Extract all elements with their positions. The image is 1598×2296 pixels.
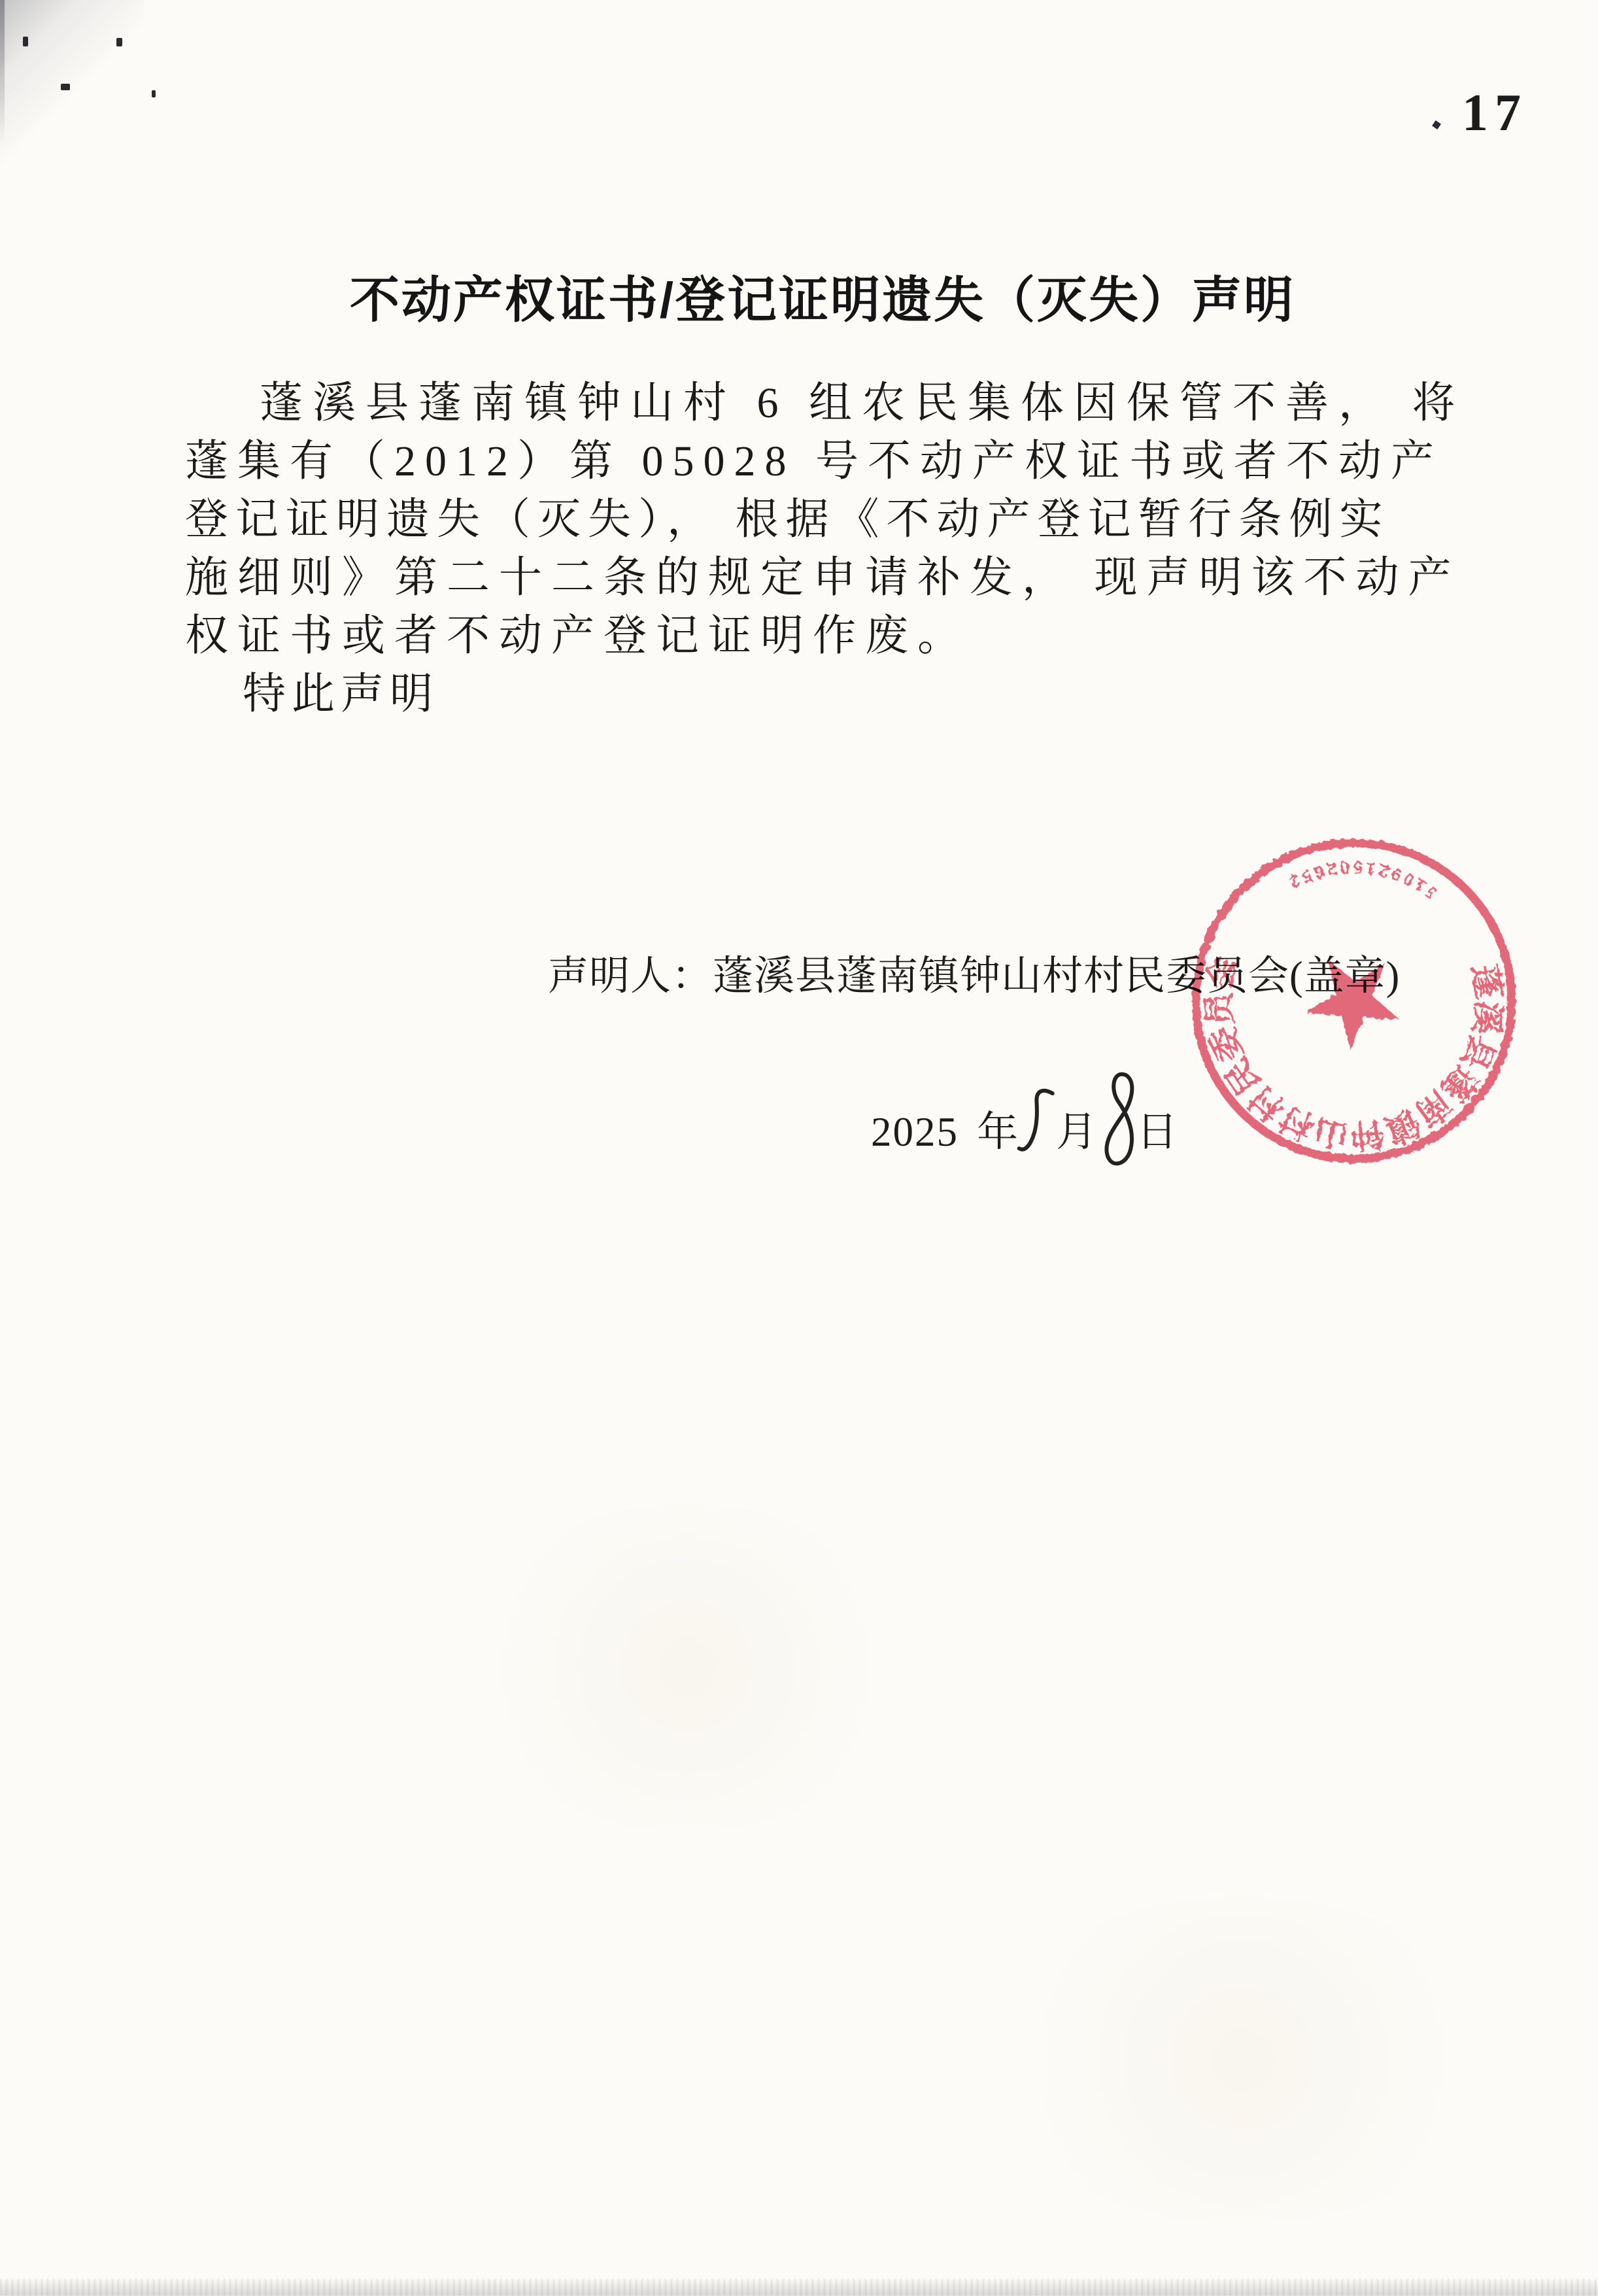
scan-edge-shadow	[0, 0, 5, 144]
scan-corner-shadow	[0, 0, 144, 170]
official-seal-stamp: 蓬溪县蓬南镇钟山村村民委员会 5109215026523	[1178, 825, 1530, 1177]
body-line: 蓬集有（2012）第 05028 号不动产权证书或者不动产	[185, 432, 1453, 490]
svg-text:蓬溪县蓬南镇钟山村村民委员会: 蓬溪县蓬南镇钟山村村民委员会	[1189, 941, 1512, 1165]
declarant-label: 声明人：	[548, 954, 713, 999]
date-year-label: 年	[977, 1109, 1019, 1155]
body-line: 施细则》第二十二条的规定申请补发， 现声明该不动产	[185, 549, 1453, 607]
body-line: 登记证明遗失（灭失）， 根据《不动产登记暂行条例实	[185, 490, 1453, 549]
scan-speck	[61, 84, 70, 90]
body-line: 蓬溪县蓬南镇钟山村 6 组农民集体因保管不善， 将	[185, 374, 1453, 432]
paper-blotch	[458, 1504, 915, 1831]
scan-speck	[152, 90, 156, 97]
closing-statement: 特此声明	[185, 665, 1453, 723]
scan-speck	[116, 38, 122, 46]
date-month-label: 月	[1056, 1109, 1098, 1155]
page-number: 17	[1462, 84, 1527, 143]
scan-speck	[23, 37, 28, 46]
handwritten-month-digit	[1015, 1084, 1061, 1160]
page-number-dot	[1432, 120, 1441, 129]
date-year: 2025	[871, 1109, 959, 1155]
seal-organization-text: 蓬溪县蓬南镇钟山村村民委员会	[1189, 941, 1512, 1165]
document-title: 不动产权证书/登记证明遗失（灭失）声明	[24, 260, 1598, 332]
star-icon	[1304, 958, 1403, 1054]
paper-blotch	[981, 1896, 1504, 2223]
declaration-body: 蓬溪县蓬南镇钟山村 6 组农民集体因保管不善， 将 蓬集有（2012）第 050…	[185, 374, 1453, 723]
date-line: 2025年月日	[871, 1037, 1179, 1158]
scanned-document-page: 17 不动产权证书/登记证明遗失（灭失）声明 蓬溪县蓬南镇钟山村 6 组农民集体…	[0, 0, 1598, 2296]
scan-bottom-edge	[0, 2279, 1598, 2296]
body-line: 权证书或者不动产登记证明作废。	[185, 607, 1453, 665]
date-day-label: 日	[1136, 1109, 1179, 1155]
handwritten-day-digit	[1100, 1067, 1140, 1176]
